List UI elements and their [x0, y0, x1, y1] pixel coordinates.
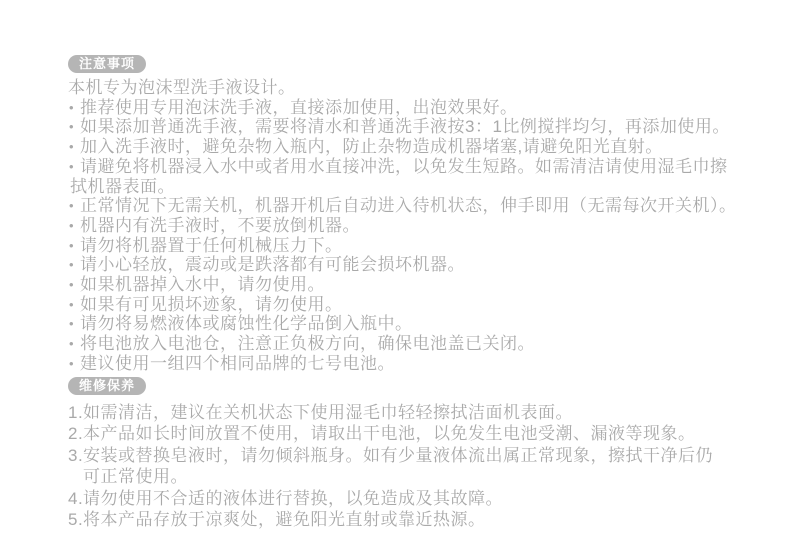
bullet-item: •如果机器掉入水中，请勿使用。	[68, 275, 750, 295]
bullet-item: •建议使用一组四个相同品牌的七号电池。	[68, 354, 750, 374]
bullet-dot: •	[69, 98, 74, 118]
numbered-item: 2.本产品如长时间放置不使用，请取出干电池，以免发生电池受潮、漏液等现象。	[68, 423, 750, 445]
section-precautions: 注意事项 本机专为泡沫型洗手液设计。 •推荐使用专用泡沫洗手液，直接添加使用，出…	[68, 55, 750, 374]
bullet-item: •加入洗手液时，避免杂物入瓶内，防止杂物造成机器堵塞,请避免阳光直射。	[68, 137, 750, 157]
intro-line: 本机专为泡沫型洗手液设计。	[68, 78, 750, 98]
bullet-item: •推荐使用专用泡沫洗手液，直接添加使用，出泡效果好。	[68, 98, 750, 118]
bullet-dot: •	[69, 157, 74, 177]
bullet-dot: •	[69, 255, 74, 275]
bullet-item: •请小心轻放，震动或是跌落都有可能会损坏机器。	[68, 255, 750, 275]
bullet-dot: •	[69, 216, 74, 236]
bullet-item: •正常情况下无需关机，机器开机后自动进入待机状态，伸手即用（无需每次开关机）。	[68, 196, 750, 216]
bullet-dot: •	[69, 295, 74, 315]
manual-page: 注意事项 本机专为泡沫型洗手液设计。 •推荐使用专用泡沫洗手液，直接添加使用，出…	[0, 0, 790, 552]
numbered-item: 3.安装或替换皂液时，请勿倾斜瓶身。如有少量液体流出属正常现象，擦拭干净后仍可正…	[68, 445, 750, 488]
bullet-item: •将电池放入电池仓，注意正负极方向，确保电池盖已关闭。	[68, 334, 750, 354]
bullet-item: •请勿将机器置于任何机械压力下。	[68, 236, 750, 256]
item-number: 4.	[68, 488, 83, 510]
numbered-item: 1.如需清洁，建议在关机状态下使用湿毛巾轻轻擦拭洁面机表面。	[68, 402, 750, 424]
bullet-dot: •	[69, 196, 74, 216]
bullet-dot: •	[69, 314, 74, 334]
maintenance-body: 1.如需清洁，建议在关机状态下使用湿毛巾轻轻擦拭洁面机表面。 2.本产品如长时间…	[68, 402, 750, 531]
item-number: 3.	[68, 445, 83, 467]
bullet-item: •如果有可见损坏迹象，请勿使用。	[68, 295, 750, 315]
item-number: 2.	[68, 423, 83, 445]
bullet-dot: •	[69, 275, 74, 295]
bullet-dot: •	[69, 236, 74, 256]
precautions-badge: 注意事项	[68, 55, 146, 73]
item-number: 5.	[68, 509, 83, 531]
numbered-item: 5.将本产品存放于凉爽处，避免阳光直射或靠近热源。	[68, 509, 750, 531]
bullet-item: •请勿将易燃液体或腐蚀性化学品倒入瓶中。	[68, 314, 750, 334]
precautions-body: 本机专为泡沫型洗手液设计。 •推荐使用专用泡沫洗手液，直接添加使用，出泡效果好。…	[68, 78, 750, 374]
bullet-item: •如果添加普通洗手液，需要将清水和普通洗手液按3：1比例搅拌均匀，再添加使用。	[68, 117, 750, 137]
maintenance-badge: 维修保养	[68, 377, 146, 395]
item-number: 1.	[68, 402, 83, 424]
bullet-dot: •	[69, 137, 74, 157]
section-maintenance: 维修保养 1.如需清洁，建议在关机状态下使用湿毛巾轻轻擦拭洁面机表面。 2.本产…	[68, 377, 750, 531]
bullet-dot: •	[69, 334, 74, 354]
bullet-item: •请避免将机器浸入水中或者用水直接冲洗，以免发生短路。如需清洁请使用湿毛巾擦拭机…	[68, 157, 750, 196]
bullet-dot: •	[69, 354, 74, 374]
numbered-item: 4.请勿使用不合适的液体进行替换，以免造成及其故障。	[68, 488, 750, 510]
bullet-item: •机器内有洗手液时，不要放倒机器。	[68, 216, 750, 236]
bullet-dot: •	[69, 117, 74, 137]
